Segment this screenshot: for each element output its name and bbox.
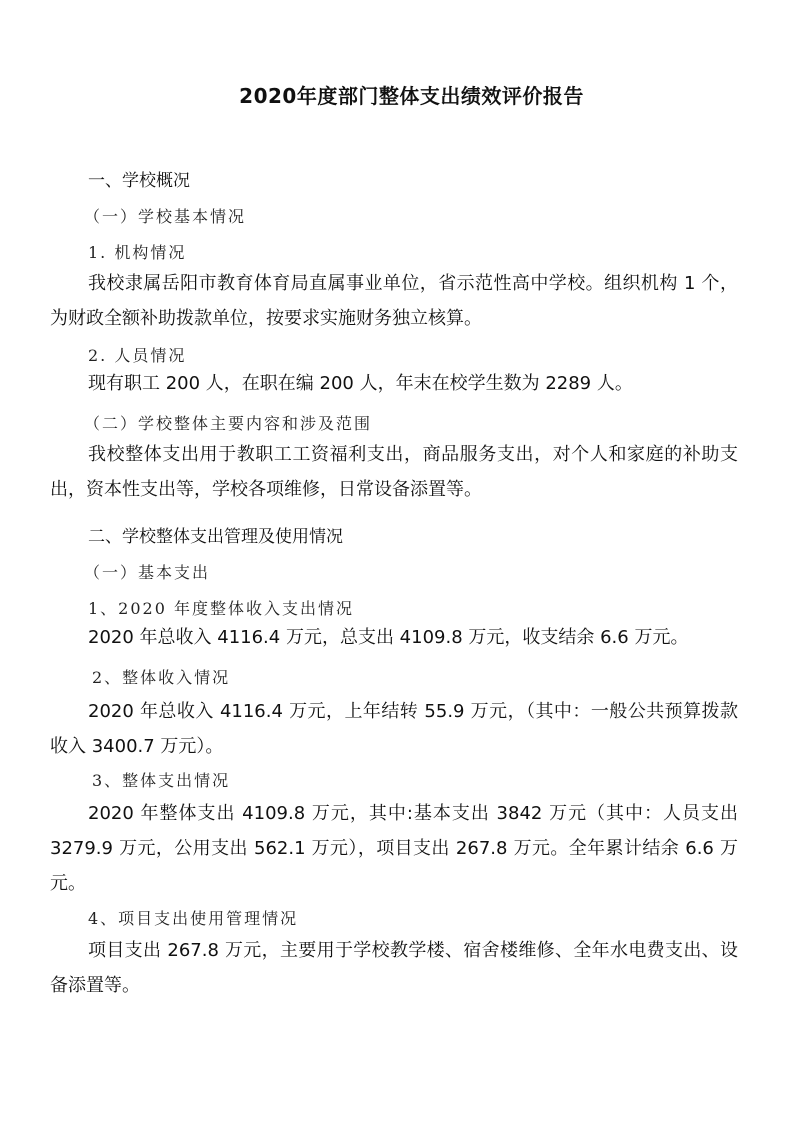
paragraph-project-expenditure: 项目支出 267.8 万元，主要用于学校教学楼、宿舍楼维修、全年水电费支出、设备… bbox=[50, 933, 738, 1003]
document-title: 2020年度部门整体支出绩效评价报告 bbox=[0, 80, 793, 109]
item-heading-organization: 1. 机构情况 bbox=[88, 240, 186, 263]
section-heading-expenditure-management: 二、学校整体支出管理及使用情况 bbox=[88, 522, 343, 547]
subsection-heading-basic-expenditure: （一）基本支出 bbox=[84, 560, 210, 583]
section-heading-school-overview: 一、学校概况 bbox=[88, 166, 190, 191]
item-heading-expenditure: 3、整体支出情况 bbox=[92, 768, 230, 791]
item-heading-income-expenditure: 1、2020 年度整体收入支出情况 bbox=[88, 596, 354, 619]
subsection-heading-scope: （二）学校整体主要内容和涉及范围 bbox=[84, 411, 372, 434]
paragraph-scope: 我校整体支出用于教职工工资福利支出，商品服务支出，对个人和家庭的补助支出，资本性… bbox=[50, 437, 738, 507]
subsection-heading-basic-info: （一）学校基本情况 bbox=[84, 204, 246, 227]
paragraph-staff: 现有职工 200 人，在职在编 200 人，年末在校学生数为 2289 人。 bbox=[50, 366, 738, 401]
paragraph-expenditure: 2020 年整体支出 4109.8 万元，其中:基本支出 3842 万元（其中：… bbox=[50, 796, 738, 901]
document-page: 2020年度部门整体支出绩效评价报告 一、学校概况 （一）学校基本情况 1. 机… bbox=[0, 0, 793, 1122]
item-heading-project-expenditure: 4、项目支出使用管理情况 bbox=[88, 906, 298, 929]
paragraph-income-expenditure: 2020 年总收入 4116.4 万元，总支出 4109.8 万元，收支结余 6… bbox=[50, 620, 738, 655]
item-heading-staff: 2. 人员情况 bbox=[88, 343, 186, 366]
item-heading-income: 2、整体收入情况 bbox=[92, 665, 230, 688]
paragraph-organization: 我校隶属岳阳市教育体育局直属事业单位，省示范性高中学校。组织机构 1 个，为财政… bbox=[50, 266, 738, 336]
paragraph-income: 2020 年总收入 4116.4 万元，上年结转 55.9 万元，（其中：一般公… bbox=[50, 694, 738, 764]
